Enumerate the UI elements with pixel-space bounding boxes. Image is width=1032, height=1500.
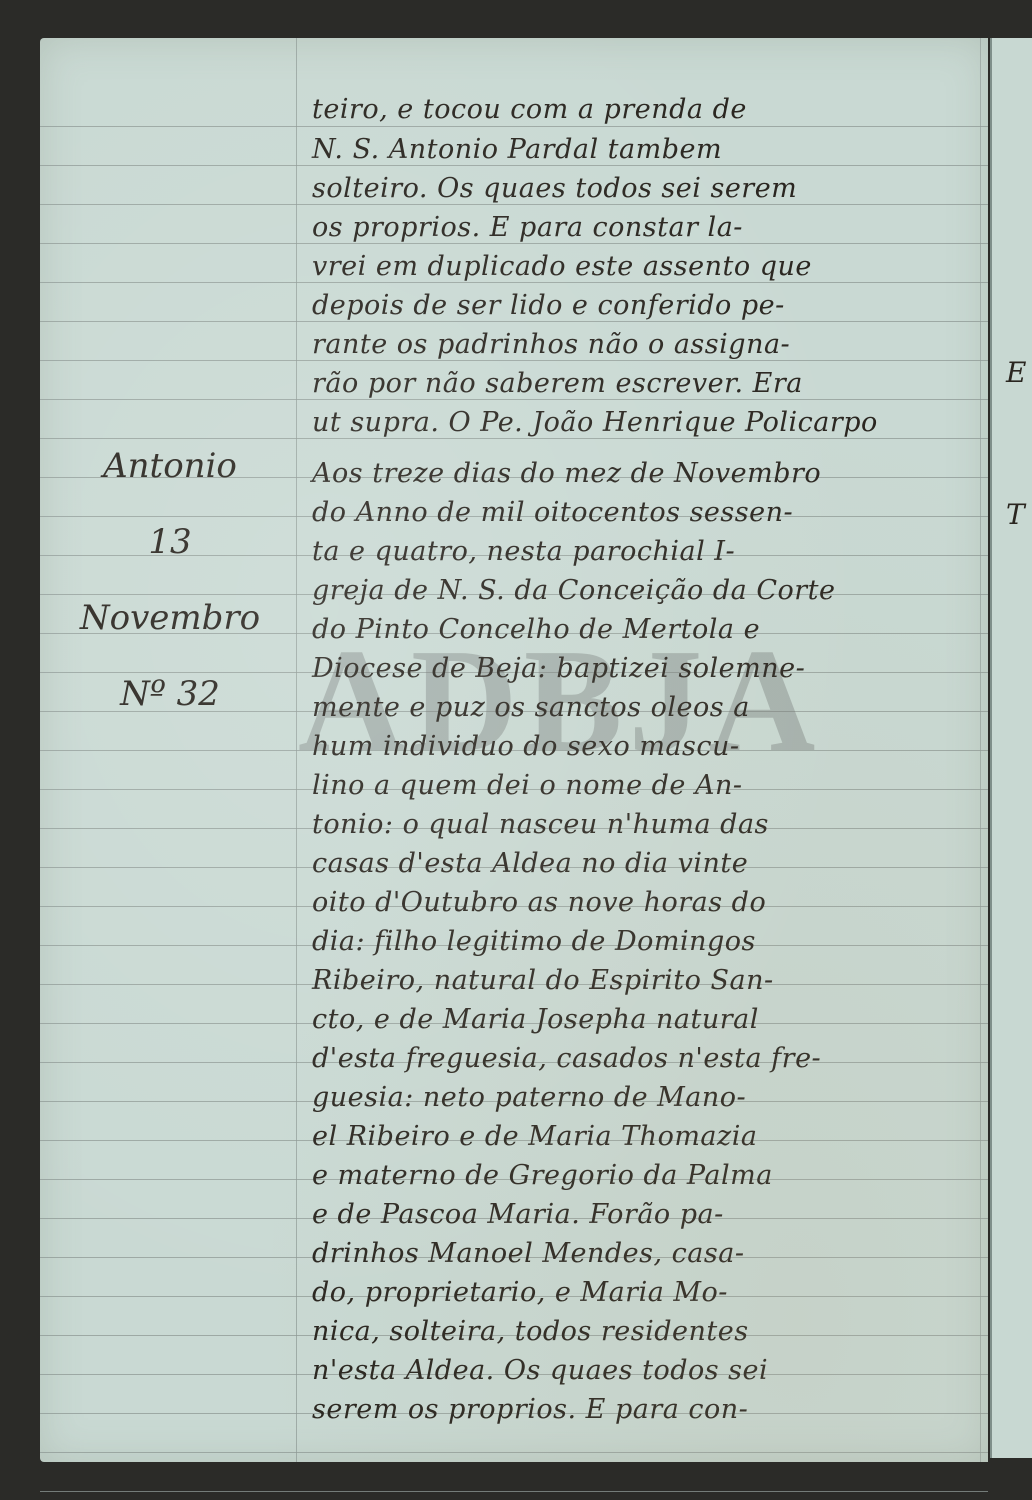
ruled-line [40,360,988,361]
text-line: dia: filho legitimo de Domingos [312,926,977,957]
text-line: casas d'esta Aldea no dia vinte [312,848,977,879]
text-line: el Ribeiro e de Maria Thomazia [312,1121,977,1152]
text-line: nica, solteira, todos residentes [312,1316,977,1347]
text-line: hum individuo do sexo mascu- [312,731,977,762]
ruled-line [40,243,988,244]
ruled-line [40,321,988,322]
text-line: do Anno de mil oitocentos sessen- [312,497,977,528]
ruled-line [40,282,988,283]
text-line: vrei em duplicado este assento que [312,251,977,282]
ruled-line [40,399,988,400]
signature-line: ut supra. O Pe. João Henrique Policarpo [312,407,977,438]
manuscript-page: ADBJA teiro, e tocou com a prenda de N. … [40,38,988,1462]
adjacent-page-glyph: E [1006,356,1026,389]
text-line: n'esta Aldea. Os quaes todos sei [312,1355,977,1386]
text-line: do Pinto Concelho de Mertola e [312,614,977,645]
text-line: e materno de Gregorio da Palma [312,1160,977,1191]
text-line: drinhos Manoel Mendes, casa- [312,1238,977,1269]
ruled-line [40,438,988,439]
text-line: d'esta freguesia, casados n'esta fre- [312,1043,977,1074]
text-line: rante os padrinhos não o assigna- [312,329,977,360]
margin-entry-number: Nº 32 [50,674,290,714]
text-line: oito d'Outubro as nove horas do [312,887,977,918]
text-line: depois de ser lido e conferido pe- [312,290,977,321]
text-line: e de Pascoa Maria. Forão pa- [312,1199,977,1230]
text-line: guesia: neto paterno de Mano- [312,1082,977,1113]
text-line: serem os proprios. E para con- [312,1394,977,1425]
text-line: lino a quem dei o nome de An- [312,770,977,801]
text-line: cto, e de Maria Josepha natural [312,1004,977,1035]
margin-month: Novembro [50,598,290,638]
text-line: ta e quatro, nesta parochial I- [312,536,977,567]
text-line: solteiro. Os quaes todos sei serem [312,173,977,204]
text-line: rão por não saberem escrever. Era [312,368,977,399]
ruled-line [40,126,988,127]
text-line: N. S. Antonio Pardal tambem [312,134,977,165]
ruled-line [40,1452,988,1453]
ruled-line [40,1491,988,1492]
text-line: teiro, e tocou com a prenda de [312,94,977,125]
text-line: tonio: o qual nasceu n'huma das [312,809,977,840]
text-line: greja de N. S. da Conceição da Corte [312,575,977,606]
margin-day: 13 [50,522,290,562]
text-line: do, proprietario, e Maria Mo- [312,1277,977,1308]
text-line: Ribeiro, natural do Espirito San- [312,965,977,996]
text-line: os proprios. E para constar la- [312,212,977,243]
ruled-line [40,165,988,166]
adjacent-page-glyph: T [1006,498,1025,531]
ruled-line [40,204,988,205]
adjacent-page-edge: E T [990,38,1032,1458]
text-line: Diocese de Beja: baptizei solemne- [312,653,977,684]
text-line: Aos treze dias do mez de Novembro [312,458,977,489]
margin-name: Antonio [50,446,290,486]
text-line: mente e puz os sanctos oleos a [312,692,977,723]
